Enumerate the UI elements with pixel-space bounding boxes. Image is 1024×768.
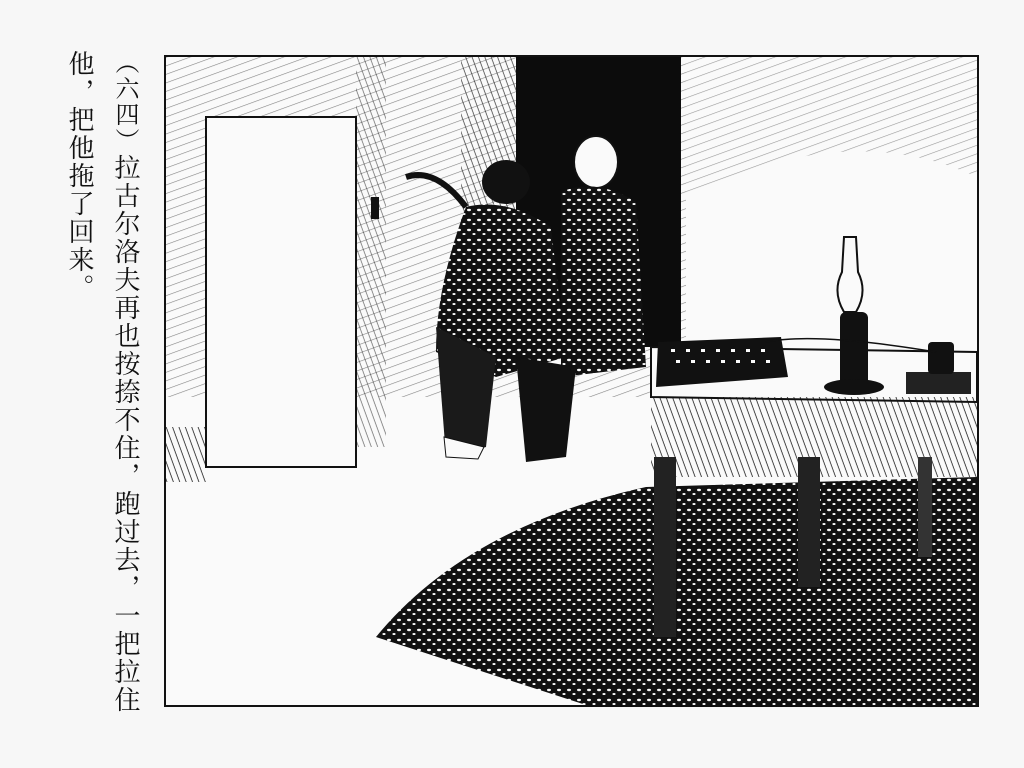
caption-line-1: 拉古尔洛夫再也按捺不住，跑过去，一把拉住 xyxy=(110,154,140,714)
panel-number: （六四） xyxy=(111,50,139,154)
caption: （六四）拉古尔洛夫再也按捺不住，跑过去，一把拉住 他，把他拖了回来。 xyxy=(48,50,148,720)
illustration xyxy=(166,57,977,705)
illustration-frame xyxy=(164,55,979,707)
floor-shadow xyxy=(376,477,977,705)
caption-line-2: 他，把他拖了回来。 xyxy=(64,50,94,302)
